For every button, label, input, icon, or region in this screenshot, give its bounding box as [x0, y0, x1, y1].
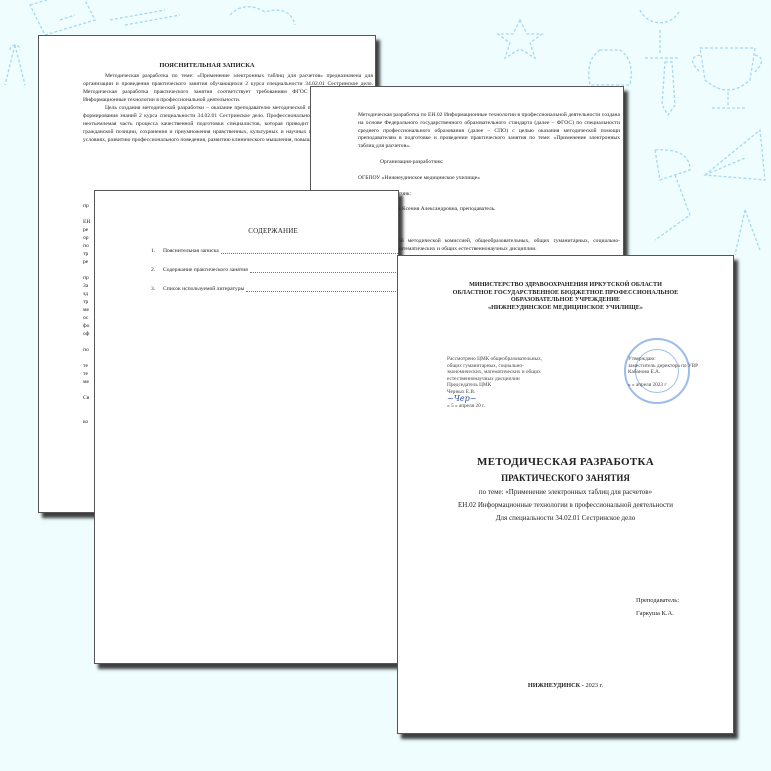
backpack-icon: [589, 50, 632, 85]
text-fragment: [83, 354, 90, 362]
ministry-header: МИНИСТЕРСТВО ЗДРАВООХРАНЕНИЯ ИРКУТСКОЙ О…: [398, 281, 733, 311]
text-fragment: За: [83, 282, 90, 290]
document-title: МЕТОДИЧЕСКАЯ РАЗРАБОТКА: [398, 456, 733, 468]
document-subtitle: ПРАКТИЧЕСКОГО ЗАНЯТИЯ: [398, 473, 733, 483]
org-label: Организация-разработчик:: [358, 159, 620, 167]
toc-number: 1.: [151, 248, 163, 254]
approved-date: « » апреля 2023 г: [628, 382, 728, 389]
specialty: Для специальности 34.02.01 Сестринское д…: [398, 514, 733, 522]
text-fragment: те: [83, 362, 90, 370]
text-fragment: ЕН: [83, 218, 90, 226]
org-name: ОГБПОУ «Нижнеудинское медицинское училищ…: [358, 175, 620, 183]
reviewed-line: экономических, математических и общих: [447, 369, 577, 376]
toc-number: 2.: [151, 267, 163, 273]
text-fragment: [83, 410, 90, 418]
header-line: ОБРАЗОВАТЕЛЬНОЕ УЧРЕЖДЕНИЕ: [398, 296, 733, 304]
text-fragment: ме: [83, 306, 90, 314]
text-fragment: ме: [83, 378, 90, 386]
text-fragment: ос: [83, 314, 90, 322]
text-fragment: [83, 266, 90, 274]
approved-line: Утверждаю:: [628, 356, 728, 363]
toc-label: Список используемой литературы: [163, 286, 244, 292]
toc-label: Содержание практического занятия: [163, 267, 248, 273]
approved-line: Кабанова Е.А.: [628, 369, 728, 376]
toc-label: Пояснительная записка: [163, 248, 219, 254]
page-title-sheet: МИНИСТЕРСТВО ЗДРАВООХРАНЕНИЯ ИРКУТСКОЙ О…: [397, 255, 734, 734]
globe-icon: [640, 10, 680, 58]
toc-leader: [246, 285, 398, 292]
text-fragment: по: [83, 242, 90, 250]
header-line: «НИЖНЕУДИНСКОЕ МЕДИЦИНСКОЕ УЧИЛИЩЕ»: [398, 304, 733, 312]
approved-block: Утверждаю: заместитель директора по УВР …: [628, 356, 728, 388]
teacher-block: Преподаватель: Гаркуша К.А.: [636, 594, 679, 620]
toc-leader: [221, 247, 398, 254]
text-fragment: ре: [83, 258, 90, 266]
text-fragment: тр: [83, 298, 90, 306]
trophy-icon: [693, 48, 762, 108]
pencil-icon: [662, 62, 675, 115]
desk-lamp-icon: [655, 150, 690, 240]
text-fragment: пр: [83, 202, 90, 210]
teacher-label: Преподаватель:: [636, 594, 679, 607]
toc-item[interactable]: 1. Пояснительная записка: [151, 241, 398, 260]
explanatory-note-title: ПОЯСНИТЕЛЬНАЯ ЗАПИСКА: [39, 62, 375, 69]
reviewed-date: « 5 » апреля 20 г.: [447, 403, 577, 410]
reviewed-line: Рассмотрено ЦМК общеобразовательных,: [447, 356, 577, 363]
toc-item[interactable]: 3. Список используемой литературы: [151, 279, 398, 298]
year: 2023 г.: [585, 682, 603, 689]
reviewed-block: Рассмотрено ЦМК общеобразовательных, общ…: [447, 356, 577, 409]
text-fragment: [83, 386, 90, 394]
reviewed-line: естественнонаучных дисциплин: [447, 376, 577, 383]
text-fragment: фо: [83, 322, 90, 330]
text-fragment: зд: [83, 290, 90, 298]
text-fragment: [83, 338, 90, 346]
teacher-name: Гаркуша К.А.: [636, 607, 679, 620]
text-fragment: оф: [83, 330, 90, 338]
toc-number: 3.: [151, 286, 163, 292]
text-fragment: ре: [83, 226, 90, 234]
page1-left-fragments: прЕНреорпотррепрЗаздтрмеосфоофпотетемеСв…: [83, 202, 90, 426]
cloud-icon: [230, 7, 295, 25]
city: НИЖНЕУДИНСК -: [528, 682, 584, 689]
star-icon: [498, 20, 542, 58]
city-year: НИЖНЕУДИНСК - 2023 г.: [398, 682, 733, 689]
contents-title: СОДЕРЖАНИЕ: [248, 227, 298, 235]
text-fragment: ко: [83, 418, 90, 426]
toc-item[interactable]: 2. Содержание практического занятия: [151, 260, 398, 279]
intro-paragraph: Методическая разработка по ЕН.02 Информа…: [358, 112, 620, 151]
text-fragment: по: [83, 346, 90, 354]
table-of-contents: 1. Пояснительная записка 2. Содержание п…: [151, 241, 398, 298]
document-title-block: МЕТОДИЧЕСКАЯ РАЗРАБОТКА ПРАКТИЧЕСКОГО ЗА…: [398, 456, 733, 522]
header-line: МИНИСТЕРСТВО ЗДРАВООХРАНЕНИЯ ИРКУТСКОЙ О…: [398, 281, 733, 289]
text-fragment: тр: [83, 250, 90, 258]
page-contents: СОДЕРЖАНИЕ 1. Пояснительная записка 2. С…: [94, 190, 399, 664]
toc-leader: [250, 266, 398, 273]
signature: ~Чер~: [447, 396, 577, 403]
text-fragment: Св: [83, 394, 90, 402]
text-fragment: [83, 402, 90, 410]
text-fragment: те: [83, 370, 90, 378]
text-fragment: ор: [83, 234, 90, 242]
header-line: ОБЛАСТНОЕ ГОСУДАРСТВЕННОЕ БЮДЖЕТНОЕ ПРОФ…: [398, 289, 733, 297]
ruler-icon: [110, 10, 180, 25]
text-fragment: [83, 210, 90, 218]
paper-plane-icon: [705, 130, 765, 180]
discipline: ЕН.02 Информационные технологии в профес…: [398, 501, 733, 509]
topic: по теме: «Применение электронных таблиц …: [398, 488, 733, 496]
compass-icon: [5, 45, 25, 85]
text-fragment: пр: [83, 274, 90, 282]
compass-icon-2: [735, 210, 760, 255]
book-icon: [30, 0, 95, 35]
reviewed-line: Председатель ЦМК: [447, 382, 577, 389]
